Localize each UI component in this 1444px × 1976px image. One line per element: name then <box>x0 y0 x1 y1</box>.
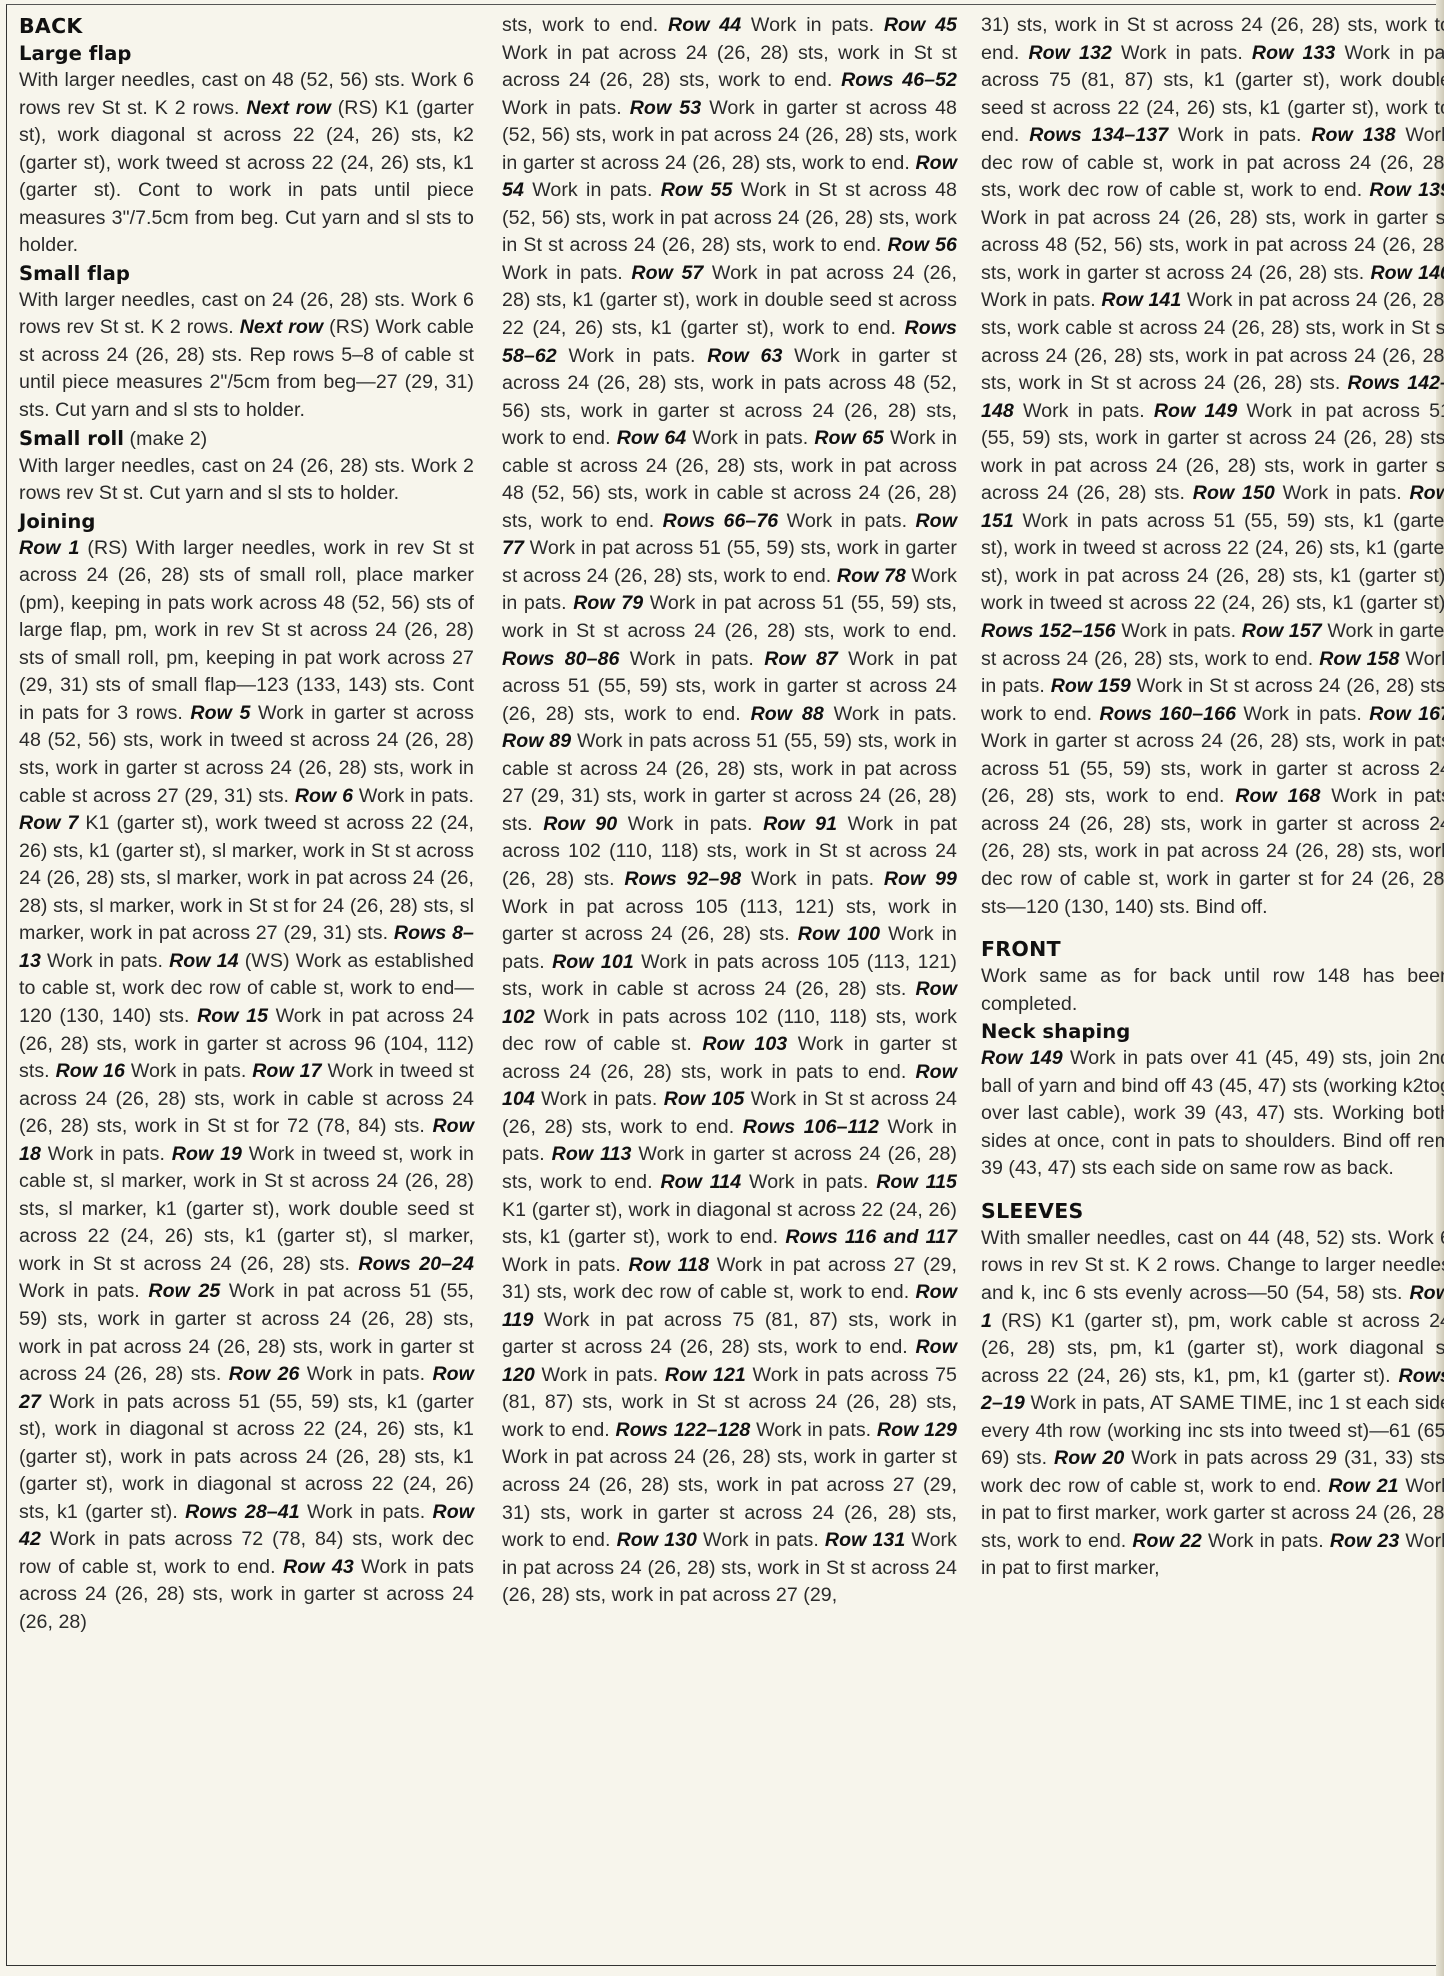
row-label: Row 118 <box>629 1254 710 1276</box>
instruction-text: Work in pats. <box>619 648 764 670</box>
heading-text: Neck shaping <box>981 1020 1130 1043</box>
row-label: Row 149 <box>981 1047 1063 1069</box>
row-label: Row 65 <box>814 427 884 449</box>
heading-text: SLEEVES <box>981 1199 1084 1223</box>
instruction-text: Work in pats. <box>41 1143 172 1165</box>
row-label: Row 139 <box>1369 179 1444 201</box>
row-label: Row 150 <box>1193 482 1275 504</box>
instruction-text: Work in pats. <box>524 179 661 201</box>
instruction-text: (RS) With larger needles, work in rev St… <box>19 537 474 724</box>
instruction-text: Work in pats. <box>741 868 884 890</box>
row-label: Next row <box>246 97 331 119</box>
instruction-text: Work in pats. <box>535 1364 665 1386</box>
row-label: Rows 134–137 <box>1029 124 1168 146</box>
row-label: Rows 28–41 <box>185 1501 300 1523</box>
row-label: Row 131 <box>825 1529 905 1551</box>
instruction-text: Work in pats. <box>353 785 474 807</box>
row-label: Rows 122–128 <box>616 1419 751 1441</box>
row-label: Row 132 <box>1028 42 1111 64</box>
row-label: Row 129 <box>877 1419 957 1441</box>
row-label: Row 114 <box>660 1171 741 1193</box>
row-label: Row 88 <box>751 703 824 725</box>
instruction-text: Work in pats. <box>1112 42 1252 64</box>
instruction-text: Work in pats. <box>750 1419 877 1441</box>
instruction-text: With smaller needles, cast on 44 (48, 52… <box>981 1227 1444 1304</box>
row-label: Row 56 <box>888 234 957 256</box>
instruction-text: Work in pats. <box>299 1363 432 1385</box>
row-label: Row 14 <box>169 950 239 972</box>
row-label: Row 7 <box>19 812 78 834</box>
row-label: Row 55 <box>661 179 733 201</box>
row-label: Row 133 <box>1252 42 1335 64</box>
column-3: 31) sts, work in St st across 24 (26, 28… <box>981 12 1444 1637</box>
row-label: Row 115 <box>876 1171 957 1193</box>
row-label: Row 103 <box>702 1033 787 1055</box>
row-label: Row 157 <box>1242 620 1322 642</box>
instruction-text: Work in pats. <box>19 1280 148 1302</box>
instruction-text: Work in pat across 75 (81, 87) sts, work… <box>502 1309 957 1359</box>
row-label: Row 19 <box>172 1143 242 1165</box>
row-label: Row 17 <box>252 1060 321 1082</box>
instruction-paragraph: Work same as for back until row 148 has … <box>981 963 1444 1018</box>
row-label: Row 79 <box>573 592 643 614</box>
instruction-text: Work in pats. <box>300 1501 433 1523</box>
row-label: Row 45 <box>884 14 957 36</box>
row-label: Row 113 <box>552 1143 632 1165</box>
row-label: Row 64 <box>617 427 687 449</box>
instruction-text: Work in pats. <box>41 950 169 972</box>
row-label: Row 121 <box>665 1364 746 1386</box>
instruction-text: Work in pats. <box>824 703 957 725</box>
subsection-heading: Small flap <box>19 260 474 287</box>
instruction-text: Work in pats. <box>741 14 884 36</box>
row-label: Rows 20–24 <box>358 1253 474 1275</box>
row-label: Row 87 <box>764 648 838 670</box>
section-heading: BACK <box>19 12 474 40</box>
row-label: Row 23 <box>1330 1530 1400 1552</box>
row-label: Row 99 <box>884 868 957 890</box>
heading-text: BACK <box>19 14 83 38</box>
heading-text: Joining <box>19 510 95 533</box>
instruction-text: Work in pats. <box>617 813 763 835</box>
instruction-paragraph: With larger needles, cast on 24 (26, 28)… <box>19 453 474 508</box>
instruction-text: Work in pats. <box>535 1088 664 1110</box>
row-label: Rows 152–156 <box>981 620 1116 642</box>
instruction-text: Work in pats. <box>741 1171 876 1193</box>
instruction-text: Work in pats across 51 (55, 59) sts, k1 … <box>981 510 1444 615</box>
instruction-text: Work in pats. <box>1236 703 1369 725</box>
subsection-heading: Large flap <box>19 40 474 67</box>
row-label: Rows 116 and 117 <box>785 1226 957 1248</box>
heading-text: Small flap <box>19 262 130 285</box>
instruction-paragraph: Row 149 Work in pats over 41 (45, 49) st… <box>981 1045 1444 1183</box>
instruction-text: sts, work to end. <box>502 14 668 36</box>
heading-text: FRONT <box>981 937 1061 961</box>
row-label: Row 100 <box>798 923 880 945</box>
instruction-paragraph: sts, work to end. Row 44 Work in pats. R… <box>502 12 957 1610</box>
row-label: Row 167 <box>1369 703 1444 725</box>
row-label: Row 21 <box>1328 1475 1398 1497</box>
row-label: Row 141 <box>1101 289 1181 311</box>
row-label: Row 1 <box>19 537 79 559</box>
row-label: Rows 160–166 <box>1100 703 1236 725</box>
row-label: Row 168 <box>1235 785 1320 807</box>
instruction-paragraph: 31) sts, work in St st across 24 (26, 28… <box>981 12 1444 921</box>
row-label: Row 78 <box>837 565 906 587</box>
row-label: Row 25 <box>148 1280 220 1302</box>
subsection-heading: Small roll (make 2) <box>19 425 474 453</box>
instruction-text: (RS) K1 (garter st), pm, work cable st a… <box>981 1310 1444 1387</box>
row-label: Rows 92–98 <box>624 868 741 890</box>
row-label: Row 20 <box>1054 1447 1124 1469</box>
row-label: Row 26 <box>229 1363 300 1385</box>
row-label: Row 22 <box>1132 1530 1202 1552</box>
section-heading: FRONT <box>981 935 1444 963</box>
row-label: Row 140 <box>1370 262 1444 284</box>
row-label: Row 159 <box>1051 675 1131 697</box>
row-label: Row 16 <box>56 1060 125 1082</box>
row-label: Next row <box>240 316 324 338</box>
subsection-heading: Joining <box>19 508 474 535</box>
column-2: sts, work to end. Row 44 Work in pats. R… <box>502 12 957 1637</box>
section-heading: SLEEVES <box>981 1197 1444 1225</box>
instruction-text: Work in pats. <box>502 262 631 284</box>
row-label: Row 130 <box>617 1529 697 1551</box>
instruction-text: Work in pats. <box>502 1254 629 1276</box>
instruction-text: Work in pats. <box>502 97 630 119</box>
instruction-text: Work in pats. <box>1168 124 1311 146</box>
instruction-text: Work in pats. <box>697 1529 825 1551</box>
row-label: Row 44 <box>668 14 741 36</box>
row-label: Row 158 <box>1319 648 1399 670</box>
instruction-text: Work in pats. <box>981 289 1101 311</box>
instruction-paragraph: With larger needles, cast on 48 (52, 56)… <box>19 67 474 260</box>
heading-note: (make 2) <box>124 428 207 450</box>
instruction-paragraph: With larger needles, cast on 24 (26, 28)… <box>19 287 474 425</box>
instruction-paragraph: Row 1 (RS) With larger needles, work in … <box>19 535 474 1637</box>
row-label: Row 15 <box>197 1005 268 1027</box>
row-label: Row 105 <box>664 1088 745 1110</box>
row-label: Row 57 <box>631 262 703 284</box>
instruction-paragraph: With smaller needles, cast on 44 (48, 52… <box>981 1225 1444 1583</box>
instruction-text: Work in pats. <box>1116 620 1242 642</box>
row-label: Row 89 <box>502 730 571 752</box>
instruction-text: Work in pats. <box>1014 400 1154 422</box>
instruction-text: Work in pats. <box>125 1060 252 1082</box>
row-label: Row 90 <box>543 813 617 835</box>
heading-text: Small roll <box>19 427 124 450</box>
instruction-text: Work in pats. <box>1202 1530 1330 1552</box>
row-label: Row 91 <box>763 813 837 835</box>
row-label: Row 53 <box>630 97 701 119</box>
row-label: Rows 106–112 <box>743 1116 879 1138</box>
heading-text: Large flap <box>19 42 132 65</box>
instruction-text: Work same as for back until row 148 has … <box>981 965 1444 1015</box>
row-label: Row 6 <box>295 785 353 807</box>
row-label: Row 43 <box>283 1556 354 1578</box>
row-label: Row 149 <box>1154 400 1237 422</box>
pattern-columns: BACKLarge flapWith larger needles, cast … <box>19 12 1444 1637</box>
instruction-text: Work in pats. <box>557 345 708 367</box>
row-label: Rows 80–86 <box>502 648 619 670</box>
row-label: Row 63 <box>707 345 782 367</box>
row-label: Row 5 <box>190 702 250 724</box>
column-1: BACKLarge flapWith larger needles, cast … <box>19 12 474 1637</box>
row-label: Row 101 <box>552 951 634 973</box>
row-label: Rows 66–76 <box>663 510 779 532</box>
row-label: Row 138 <box>1311 124 1395 146</box>
instruction-text: Work in pats. <box>686 427 814 449</box>
subsection-heading: Neck shaping <box>981 1018 1444 1045</box>
instruction-text: Work in pats. <box>778 510 915 532</box>
instruction-text: With larger needles, cast on 24 (26, 28)… <box>19 455 474 505</box>
row-label: Rows 46–52 <box>841 69 957 91</box>
instruction-text: (RS) K1 (garter st), work diagonal st ac… <box>19 97 474 257</box>
instruction-text: Work in pats. <box>1275 482 1410 504</box>
